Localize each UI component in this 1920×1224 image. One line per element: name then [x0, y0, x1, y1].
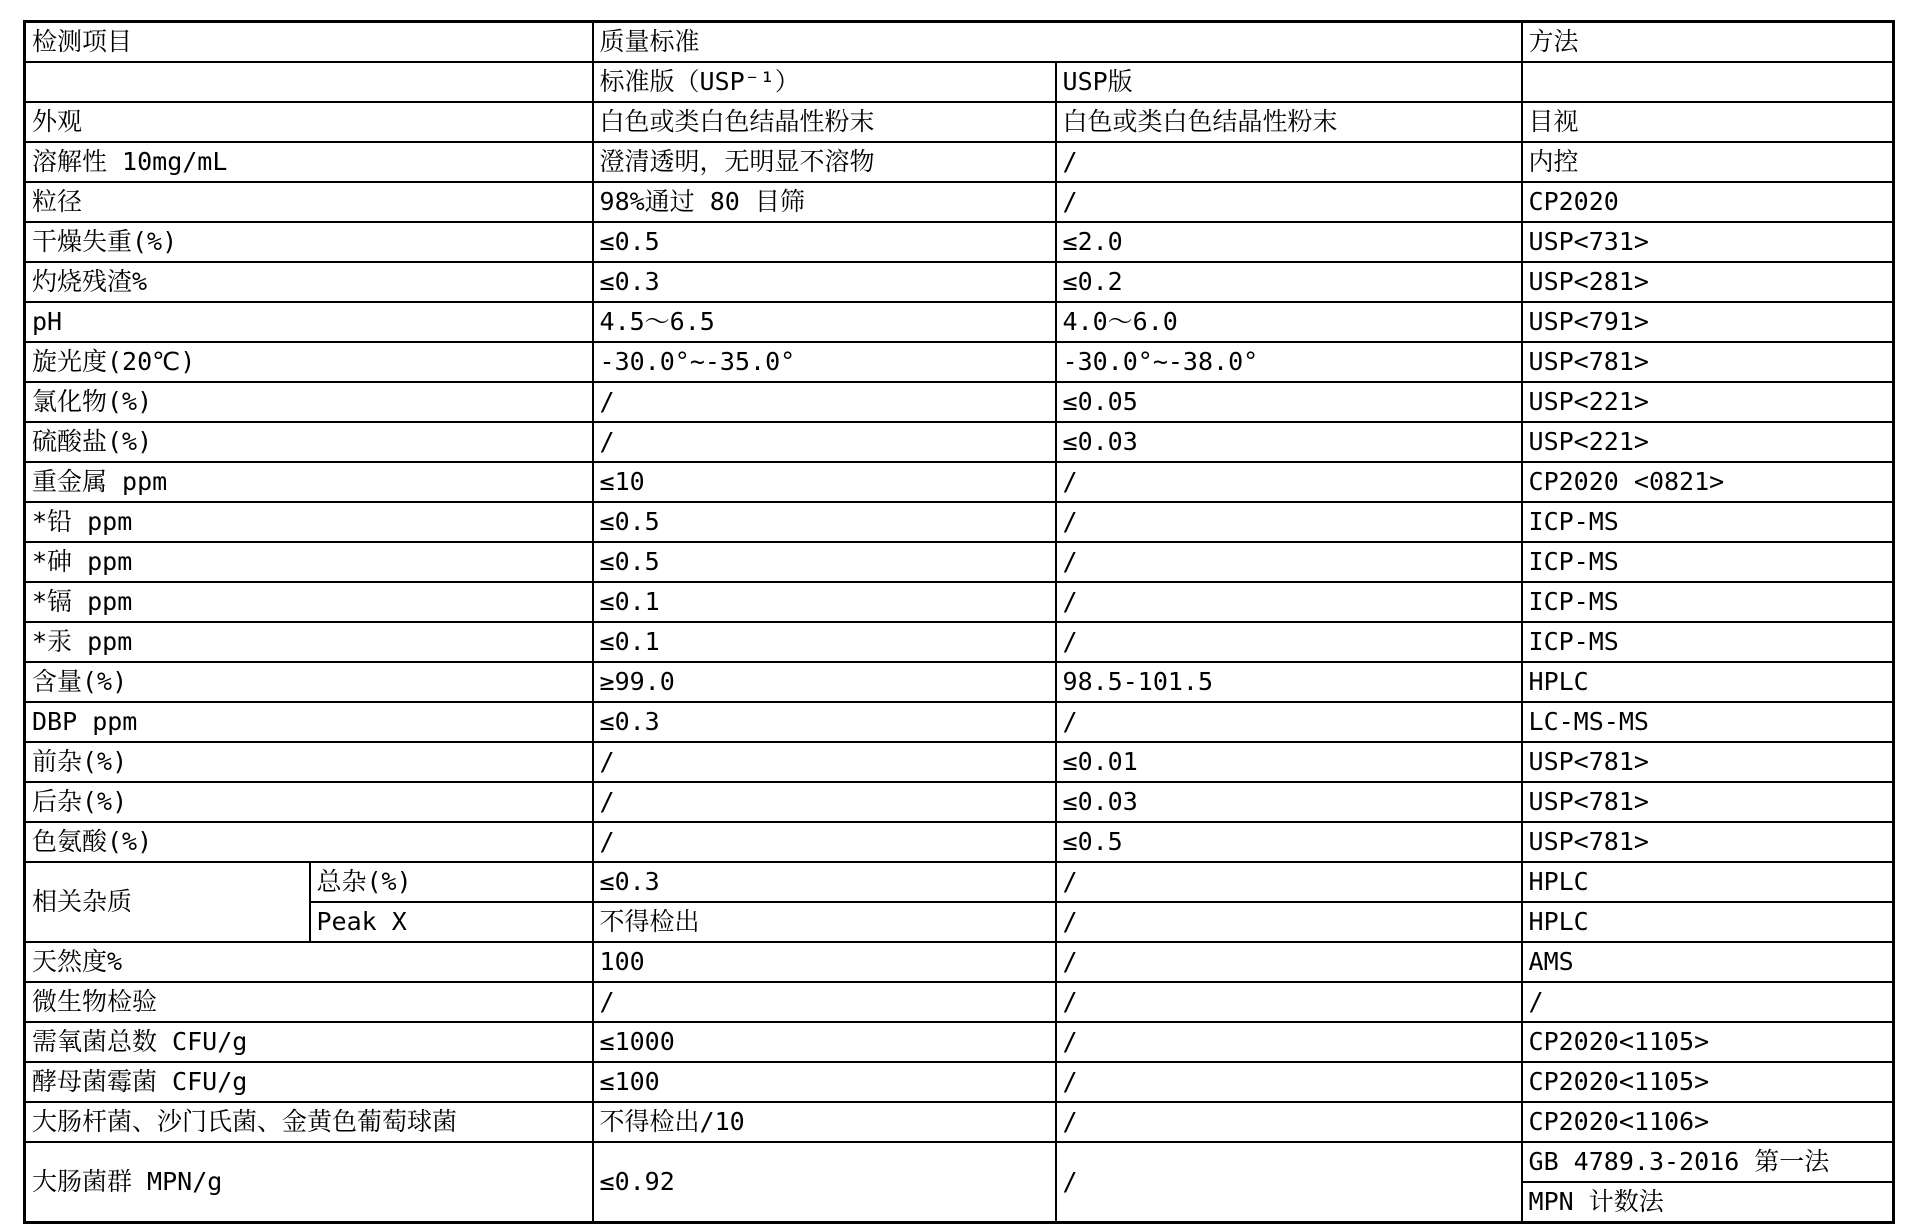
usp-value-cell: ≤0.03 — [1056, 422, 1522, 462]
table-row: pH4.5～6.54.0～6.0USP<791> — [25, 302, 1894, 342]
item-cell: 前杂(%) — [25, 742, 593, 782]
item-cell: 外观 — [25, 102, 593, 142]
standard-value-cell: ≤1000 — [593, 1022, 1056, 1062]
table-row: 外观白色或类白色结晶性粉末白色或类白色结晶性粉末目视 — [25, 102, 1894, 142]
method-cell: USP<781> — [1522, 742, 1894, 782]
standard-value-cell: -30.0°~-35.0° — [593, 342, 1056, 382]
method-cell: USP<731> — [1522, 222, 1894, 262]
table-row: 氯化物(%)/≤0.05USP<221> — [25, 382, 1894, 422]
table-row: 重金属 ppm≤10/CP2020 <0821> — [25, 462, 1894, 502]
item-cell: 酵母菌霉菌 CFU/g — [25, 1062, 593, 1102]
standard-value-cell: ≤10 — [593, 462, 1056, 502]
method-cell: USP<281> — [1522, 262, 1894, 302]
standard-value-cell: ≤0.3 — [593, 262, 1056, 302]
usp-value-cell: / — [1056, 1062, 1522, 1102]
header-row-1: 检测项目 质量标准 方法 — [25, 22, 1894, 63]
table-row: 灼烧残渣%≤0.3≤0.2USP<281> — [25, 262, 1894, 302]
method-cell: USP<221> — [1522, 422, 1894, 462]
header-method: 方法 — [1522, 22, 1894, 63]
method-cell: HPLC — [1522, 662, 1894, 702]
method-cell: CP2020<1105> — [1522, 1062, 1894, 1102]
header-row-2: 标准版（USP⁻¹） USP版 — [25, 62, 1894, 102]
item-cell: 后杂(%) — [25, 782, 593, 822]
table-row: 天然度%100/AMS — [25, 942, 1894, 982]
method-cell: 目视 — [1522, 102, 1894, 142]
method-cell: ICP-MS — [1522, 622, 1894, 662]
coliform-item-cell: 大肠菌群 MPN/g — [25, 1142, 593, 1223]
table-row: *镉 ppm≤0.1/ICP-MS — [25, 582, 1894, 622]
item-cell: DBP ppm — [25, 702, 593, 742]
standard-value-cell: / — [593, 782, 1056, 822]
standard-value-cell: 不得检出 — [593, 902, 1056, 942]
usp-value-cell: ≤0.5 — [1056, 822, 1522, 862]
method-cell: USP<781> — [1522, 782, 1894, 822]
sub-item-cell: Peak X — [310, 902, 593, 942]
table-row: 粒径98%通过 80 目筛/CP2020 — [25, 182, 1894, 222]
table-row: 旋光度(20℃)-30.0°~-35.0°-30.0°~-38.0°USP<78… — [25, 342, 1894, 382]
standard-value-cell: 98%通过 80 目筛 — [593, 182, 1056, 222]
method-cell: HPLC — [1522, 862, 1894, 902]
item-cell: 重金属 ppm — [25, 462, 593, 502]
method-cell: CP2020 — [1522, 182, 1894, 222]
item-cell: 含量(%) — [25, 662, 593, 702]
standard-value-cell: 澄清透明，无明显不溶物 — [593, 142, 1056, 182]
header-method-empty — [1522, 62, 1894, 102]
method-cell: CP2020<1105> — [1522, 1022, 1894, 1062]
item-cell: 需氧菌总数 CFU/g — [25, 1022, 593, 1062]
table-row: 大肠杆菌、沙门氏菌、金黄色葡萄球菌不得检出/10/CP2020<1106> — [25, 1102, 1894, 1142]
standard-value-cell: ≤0.3 — [593, 702, 1056, 742]
table-row: 干燥失重(%)≤0.5≤2.0USP<731> — [25, 222, 1894, 262]
header-standard-sub: 标准版（USP⁻¹） — [593, 62, 1056, 102]
standard-value-cell: / — [593, 422, 1056, 462]
usp-value-cell: / — [1056, 462, 1522, 502]
spec-table: 检测项目 质量标准 方法 标准版（USP⁻¹） USP版 外观白色或类白色结晶性… — [23, 20, 1895, 1224]
usp-value-cell: / — [1056, 582, 1522, 622]
method-cell: / — [1522, 982, 1894, 1022]
sub-item-cell: 总杂(%) — [310, 862, 593, 902]
method-cell: USP<781> — [1522, 342, 1894, 382]
header-item-empty — [25, 62, 593, 102]
standard-value-cell: ≤0.5 — [593, 222, 1056, 262]
usp-value-cell: / — [1056, 142, 1522, 182]
standard-value-cell: ≥99.0 — [593, 662, 1056, 702]
standard-value-cell: ≤100 — [593, 1062, 1056, 1102]
usp-value-cell: / — [1056, 542, 1522, 582]
standard-value-cell: / — [593, 982, 1056, 1022]
item-cell: 灼烧残渣% — [25, 262, 593, 302]
item-cell: 大肠杆菌、沙门氏菌、金黄色葡萄球菌 — [25, 1102, 593, 1142]
standard-value-cell: / — [593, 382, 1056, 422]
standard-value-cell: ≤0.3 — [593, 862, 1056, 902]
table-row: 硫酸盐(%)/≤0.03USP<221> — [25, 422, 1894, 462]
item-cell: 溶解性 10mg/mL — [25, 142, 593, 182]
table-row: *铅 ppm≤0.5/ICP-MS — [25, 502, 1894, 542]
usp-value-cell: ≤0.2 — [1056, 262, 1522, 302]
item-cell: 氯化物(%) — [25, 382, 593, 422]
usp-value-cell: / — [1056, 862, 1522, 902]
usp-value-cell: -30.0°~-38.0° — [1056, 342, 1522, 382]
standard-value-cell: ≤0.5 — [593, 502, 1056, 542]
table-row: 酵母菌霉菌 CFU/g≤100/CP2020<1105> — [25, 1062, 1894, 1102]
item-cell: 干燥失重(%) — [25, 222, 593, 262]
item-cell: 硫酸盐(%) — [25, 422, 593, 462]
standard-value-cell: / — [593, 822, 1056, 862]
standard-value-cell: ≤0.1 — [593, 582, 1056, 622]
coliform-row: 大肠菌群 MPN/g≤0.92/GB 4789.3-2016 第一法 — [25, 1142, 1894, 1182]
method-cell: CP2020<1106> — [1522, 1102, 1894, 1142]
standard-value-cell: 100 — [593, 942, 1056, 982]
table-row: *汞 ppm≤0.1/ICP-MS — [25, 622, 1894, 662]
usp-value-cell: ≤0.01 — [1056, 742, 1522, 782]
item-cell: 色氨酸(%) — [25, 822, 593, 862]
method-cell: AMS — [1522, 942, 1894, 982]
item-cell: *铅 ppm — [25, 502, 593, 542]
related-impurities-label: 相关杂质 — [25, 862, 310, 942]
header-item: 检测项目 — [25, 22, 593, 63]
method-sub-cell: GB 4789.3-2016 第一法 — [1522, 1142, 1894, 1182]
method-cell: LC-MS-MS — [1522, 702, 1894, 742]
standard-value-cell: 白色或类白色结晶性粉末 — [593, 102, 1056, 142]
header-standard: 质量标准 — [593, 22, 1522, 63]
item-cell: 微生物检验 — [25, 982, 593, 1022]
usp-value-cell: / — [1056, 982, 1522, 1022]
method-cell: USP<221> — [1522, 382, 1894, 422]
item-cell: pH — [25, 302, 593, 342]
standard-value-cell: / — [593, 742, 1056, 782]
usp-value-cell: / — [1056, 902, 1522, 942]
usp-value-cell: / — [1056, 502, 1522, 542]
table-row: 色氨酸(%)/≤0.5USP<781> — [25, 822, 1894, 862]
header-usp-sub: USP版 — [1056, 62, 1522, 102]
method-cell: ICP-MS — [1522, 542, 1894, 582]
table-row: *砷 ppm≤0.5/ICP-MS — [25, 542, 1894, 582]
usp-value-cell: ≤0.05 — [1056, 382, 1522, 422]
item-cell: *汞 ppm — [25, 622, 593, 662]
table-row: 后杂(%)/≤0.03USP<781> — [25, 782, 1894, 822]
usp-value-cell: 98.5-101.5 — [1056, 662, 1522, 702]
item-cell: *镉 ppm — [25, 582, 593, 622]
usp-value-cell: / — [1056, 942, 1522, 982]
method-sub-cell: MPN 计数法 — [1522, 1182, 1894, 1223]
method-cell: USP<781> — [1522, 822, 1894, 862]
method-cell: ICP-MS — [1522, 582, 1894, 622]
usp-value-cell: / — [1056, 702, 1522, 742]
usp-value-cell: / — [1056, 182, 1522, 222]
standard-value-cell: ≤0.5 — [593, 542, 1056, 582]
method-cell: ICP-MS — [1522, 502, 1894, 542]
table-row: DBP ppm≤0.3/LC-MS-MS — [25, 702, 1894, 742]
usp-value-cell: / — [1056, 1102, 1522, 1142]
standard-value-cell: ≤0.1 — [593, 622, 1056, 662]
usp-value-cell: 4.0～6.0 — [1056, 302, 1522, 342]
table-row: 溶解性 10mg/mL澄清透明，无明显不溶物/内控 — [25, 142, 1894, 182]
usp-value-cell: ≤0.03 — [1056, 782, 1522, 822]
table-row: 含量(%)≥99.098.5-101.5HPLC — [25, 662, 1894, 702]
item-cell: 粒径 — [25, 182, 593, 222]
item-cell: 天然度% — [25, 942, 593, 982]
standard-value-cell: ≤0.92 — [593, 1142, 1056, 1223]
table-row: 微生物检验/// — [25, 982, 1894, 1022]
item-cell: *砷 ppm — [25, 542, 593, 582]
method-cell: USP<791> — [1522, 302, 1894, 342]
method-cell: CP2020 <0821> — [1522, 462, 1894, 502]
usp-value-cell: / — [1056, 1022, 1522, 1062]
usp-value-cell: ≤2.0 — [1056, 222, 1522, 262]
method-cell: HPLC — [1522, 902, 1894, 942]
usp-value-cell: 白色或类白色结晶性粉末 — [1056, 102, 1522, 142]
table-row: 需氧菌总数 CFU/g≤1000/CP2020<1105> — [25, 1022, 1894, 1062]
standard-value-cell: 不得检出/10 — [593, 1102, 1056, 1142]
method-cell: 内控 — [1522, 142, 1894, 182]
item-cell: 旋光度(20℃) — [25, 342, 593, 382]
usp-value-cell: / — [1056, 622, 1522, 662]
usp-value-cell: / — [1056, 1142, 1522, 1223]
table-row: 前杂(%)/≤0.01USP<781> — [25, 742, 1894, 782]
standard-value-cell: 4.5～6.5 — [593, 302, 1056, 342]
related-impurities-row: 相关杂质总杂(%)≤0.3/HPLC — [25, 862, 1894, 902]
